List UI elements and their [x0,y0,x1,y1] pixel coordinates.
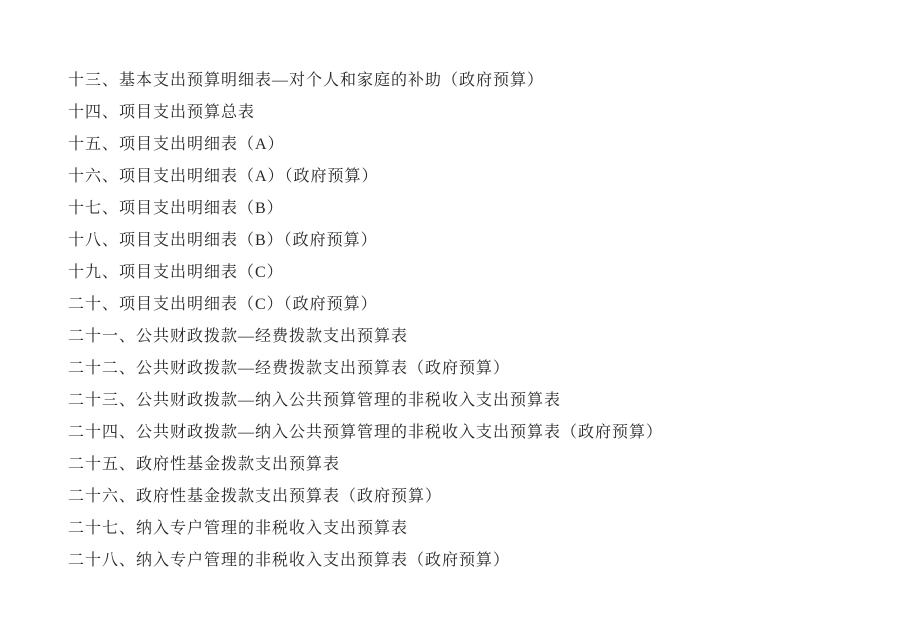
doc-line-28: 二十八、纳入专户管理的非税收入支出预算表（政府预算） [68,545,860,577]
doc-line-14: 十四、项目支出预算总表 [68,97,860,129]
doc-line-16: 十六、项目支出明细表（A）（政府预算） [68,161,860,193]
doc-line-23: 二十三、公共财政拨款—纳入公共预算管理的非税收入支出预算表 [68,385,860,417]
doc-line-21: 二十一、公共财政拨款—经费拨款支出预算表 [68,321,860,353]
doc-line-19: 十九、项目支出明细表（C） [68,257,860,289]
doc-line-17: 十七、项目支出明细表（B） [68,193,860,225]
doc-line-25: 二十五、政府性基金拨款支出预算表 [68,449,860,481]
doc-line-24: 二十四、公共财政拨款—纳入公共预算管理的非税收入支出预算表（政府预算） [68,417,860,449]
doc-line-13: 十三、基本支出预算明细表—对个人和家庭的补助（政府预算） [68,65,860,97]
doc-line-26: 二十六、政府性基金拨款支出预算表（政府预算） [68,481,860,513]
doc-line-18: 十八、项目支出明细表（B）（政府预算） [68,225,860,257]
doc-line-27: 二十七、纳入专户管理的非税收入支出预算表 [68,513,860,545]
doc-line-15: 十五、项目支出明细表（A） [68,129,860,161]
document-text-block: 十三、基本支出预算明细表—对个人和家庭的补助（政府预算） 十四、项目支出预算总表… [68,65,860,577]
doc-line-20: 二十、项目支出明细表（C）（政府预算） [68,289,860,321]
document-page: 十三、基本支出预算明细表—对个人和家庭的补助（政府预算） 十四、项目支出预算总表… [0,0,900,636]
doc-line-22: 二十二、公共财政拨款—经费拨款支出预算表（政府预算） [68,353,860,385]
